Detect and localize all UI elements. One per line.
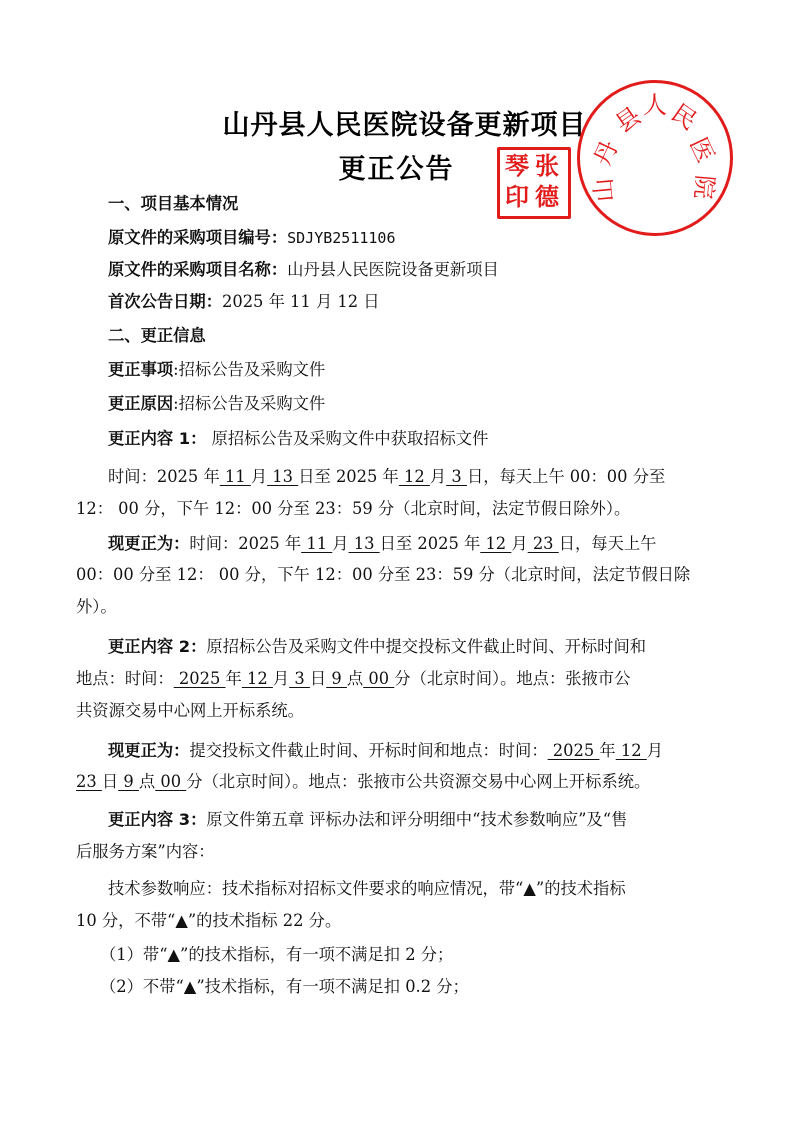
seal-char: 医 <box>686 134 718 166</box>
text: 地点：时间： <box>76 669 174 688</box>
correction-2-new-line-1: 现更正为：提交投标文件截止时间、开标时间和地点：时间： 2025 年 12 月 <box>108 740 663 762</box>
underlined-value: 3 <box>446 467 467 486</box>
underlined-value: 23 <box>528 534 559 553</box>
text: 分（北京时间）。地点：张掖市公 <box>394 669 630 688</box>
text: 月 <box>511 534 527 553</box>
correction-1-original-line-1: 时间：2025 年 11 月 13 日至 2025 年 12 月 3 日，每天上… <box>108 466 665 488</box>
now-corrected-label: 现更正为： <box>108 534 189 553</box>
correction-2-text: 原招标公告及采购文件中提交投标文件截止时间、开标时间和 <box>206 637 646 656</box>
now-corrected-label: 现更正为： <box>108 741 189 760</box>
correction-1-original-line-2: 12： 00 分，下午 12：00 分至 23：59 分（北京时间，法定节假日除… <box>76 498 630 520</box>
project-number-label: 原文件的采购项目编号： <box>108 228 287 247</box>
correction-3-text: 原文件第五章 评标办法和评分明细中“技术参数响应”及“售 <box>206 810 627 829</box>
text: 点 <box>347 669 363 688</box>
text: 月 <box>332 534 348 553</box>
correction-3-heading: 更正内容 3：原文件第五章 评标办法和评分明细中“技术参数响应”及“售 <box>108 809 627 831</box>
tech-param-line-1: 技术参数响应：技术指标对招标文件要求的响应情况，带“▲”的技术指标 <box>108 878 626 900</box>
project-name-row: 原文件的采购项目名称：山丹县人民医院设备更新项目 <box>108 259 499 281</box>
correction-item-label: 更正事项 <box>108 360 173 379</box>
correction-1-text: 原招标公告及采购文件中获取招标文件 <box>206 429 488 448</box>
seal-char: 民 <box>667 100 700 133</box>
seal-char: 院 <box>691 174 717 200</box>
correction-item-row: 更正事项:招标公告及采购文件 <box>108 359 325 381</box>
seal-char: 山 <box>591 177 617 203</box>
underlined-value: 12 <box>616 741 647 760</box>
underlined-value: 9 <box>326 669 347 688</box>
underlined-value: 2025 <box>548 741 600 760</box>
scoring-rule-2: （2）不带“▲”技术指标，有一项不满足扣 0.2 分； <box>100 976 469 998</box>
correction-1-new-line-1: 现更正为：时间：2025 年 11 月 13 日至 2025 年 12 月 23… <box>108 533 656 555</box>
text: 时间：2025 年 <box>189 534 301 553</box>
first-notice-date-value: 2025 年 11 月 12 日 <box>222 292 380 311</box>
correction-1-new-line-2: 00：00 分至 12： 00 分，下午 12：00 分至 23：59 分（北京… <box>76 564 690 586</box>
text: 年 <box>599 741 615 760</box>
seal-char: 人 <box>643 93 667 117</box>
correction-1-new-line-3: 外）。 <box>76 596 117 618</box>
correction-3-label: 更正内容 3： <box>108 810 206 829</box>
underlined-value: 3 <box>289 669 310 688</box>
text: 月 <box>647 741 663 760</box>
underlined-value: 9 <box>118 772 139 791</box>
scoring-rule-1: （1）带“▲”的技术指标，有一项不满足扣 2 分； <box>100 944 453 966</box>
seal-char: 县 <box>611 103 644 136</box>
project-name-value: 山丹县人民医院设备更新项目 <box>287 260 499 279</box>
text: 时间：2025 年 <box>108 467 220 486</box>
correction-2-label: 更正内容 2： <box>108 637 206 656</box>
text: 月 <box>273 669 289 688</box>
underlined-value: 11 <box>220 467 251 486</box>
project-name-label: 原文件的采购项目名称： <box>108 260 287 279</box>
underlined-value: 11 <box>301 534 332 553</box>
underlined-value: 12 <box>242 669 273 688</box>
underlined-value: 00 <box>155 772 186 791</box>
seal-char: 印 <box>505 184 529 210</box>
underlined-value: 13 <box>349 534 380 553</box>
correction-2-new-line-2: 23 日 9 点 00 分（北京时间）。地点：张掖市公共资源交易中心网上开标系统… <box>76 771 650 793</box>
official-round-seal-stamp: 山 丹 县 人 民 医 院 <box>577 80 733 236</box>
first-notice-date-row: 首次公告日期：2025 年 11 月 12 日 <box>108 291 380 313</box>
text: 点 <box>139 772 155 791</box>
correction-2-original-line-2: 地点：时间： 2025 年 12 月 3 日 9 点 00 分（北京时间）。地点… <box>76 668 630 690</box>
text: 提交投标文件截止时间、开标时间和地点：时间： <box>189 741 547 760</box>
text: 日至 2025 年 <box>298 467 399 486</box>
text: 年 <box>226 669 242 688</box>
underlined-value: 12 <box>480 534 511 553</box>
section-heading-basic-info: 一、项目基本情况 <box>108 193 238 215</box>
correction-1-heading: 更正内容 1： 原招标公告及采购文件中获取招标文件 <box>108 428 488 450</box>
personal-seal-stamp: 琴 张 印 德 <box>497 147 571 219</box>
text: 日 <box>102 772 118 791</box>
text: 日至 2025 年 <box>380 534 481 553</box>
seal-char: 琴 <box>505 153 529 179</box>
seal-char: 张 <box>535 153 559 179</box>
text: 日，每天上午 <box>559 534 657 553</box>
correction-2-heading: 更正内容 2：原招标公告及采购文件中提交投标文件截止时间、开标时间和 <box>108 636 646 658</box>
correction-reason-label: 更正原因 <box>108 394 173 413</box>
tech-param-line-2: 10 分，不带“▲”的技术指标 22 分。 <box>76 910 341 932</box>
underlined-value: 00 <box>363 669 394 688</box>
underlined-value: 12 <box>399 467 430 486</box>
text: 日 <box>310 669 326 688</box>
underlined-value: 2025 <box>174 669 226 688</box>
correction-1-label: 更正内容 1： <box>108 429 206 448</box>
text: 日，每天上午 00：00 分至 <box>467 467 665 486</box>
project-number-row: 原文件的采购项目编号：SDJYB2511106 <box>108 227 395 249</box>
correction-reason-value: :招标公告及采购文件 <box>173 394 325 413</box>
text: 分（北京时间）。地点：张掖市公共资源交易中心网上开标系统。 <box>186 772 650 791</box>
correction-item-value: :招标公告及采购文件 <box>173 360 325 379</box>
underlined-value: 23 <box>76 772 102 791</box>
correction-reason-row: 更正原因:招标公告及采购文件 <box>108 393 325 415</box>
project-number-value: SDJYB2511106 <box>287 229 395 247</box>
text: 月 <box>430 467 446 486</box>
correction-2-original-line-3: 共资源交易中心网上开标系统。 <box>76 700 304 722</box>
underlined-value: 13 <box>267 467 298 486</box>
seal-char: 丹 <box>590 137 622 169</box>
seal-char: 德 <box>535 184 559 210</box>
section-heading-correction-info: 二、更正信息 <box>108 325 206 347</box>
first-notice-date-label: 首次公告日期： <box>108 292 222 311</box>
text: 月 <box>251 467 267 486</box>
correction-3-line-2: 后服务方案”内容： <box>76 841 215 863</box>
